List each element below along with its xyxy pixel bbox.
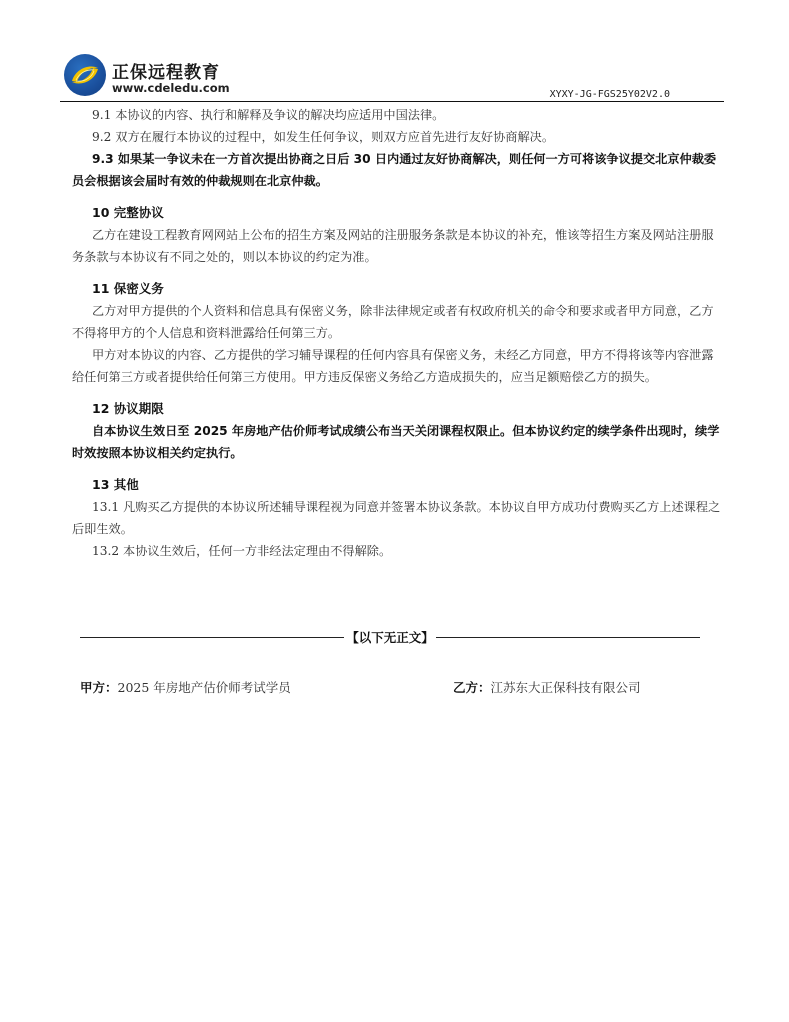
- clause-11-body-2: 甲方对本协议的内容、乙方提供的学习辅导课程的任何内容具有保密义务，未经乙方同意，…: [72, 344, 724, 388]
- clause-13-2: 13.2 本协议生效后，任何一方非经法定理由不得解除。: [72, 540, 724, 562]
- party-b-label: 乙方：: [453, 680, 491, 695]
- clause-13-1: 13.1 凡购买乙方提供的本协议所述辅导课程视为同意并签署本协议条款。本协议自甲…: [72, 496, 724, 540]
- party-b-value: 江苏东大正保科技有限公司: [491, 680, 641, 695]
- section-13-heading: 13 其他: [72, 474, 724, 496]
- end-of-text-marker: 【以下无正文】: [80, 628, 700, 646]
- clause-11-body-1: 乙方对甲方提供的个人资料和信息具有保密义务，除非法律规定或者有权政府机关的命令和…: [72, 300, 724, 344]
- clause-9-1: 9.1 本协议的内容、执行和解释及争议的解决均应适用中国法律。: [72, 104, 724, 126]
- end-marker-right-rule: [436, 637, 700, 638]
- party-b-signature: 乙方：江苏东大正保科技有限公司: [453, 678, 641, 696]
- clause-12-body: 自本协议生效日至 2025 年房地产估价师考试成绩公布当天关闭课程权限止。但本协…: [72, 420, 724, 464]
- cdeledu-logo-icon: [64, 54, 106, 96]
- brand-url: www.cdeledu.com: [112, 81, 230, 95]
- brand-name: 正保远程教育: [112, 58, 220, 83]
- section-12-heading: 12 协议期限: [72, 398, 724, 420]
- clause-9-3: 9.3 如果某一争议未在一方首次提出协商之日后 30 日内通过友好协商解决，则任…: [72, 148, 724, 192]
- section-11-heading: 11 保密义务: [72, 278, 724, 300]
- party-a-label: 甲方：: [80, 680, 118, 695]
- page-header: 正保远程教育 www.cdeledu.com XYXY-JG-FGS25Y02V…: [64, 54, 724, 102]
- party-a-signature: 甲方：2025 年房地产估价师考试学员: [80, 678, 291, 696]
- clause-10-body: 乙方在建设工程教育网网站上公布的招生方案及网站的注册服务条款是本协议的补充，惟该…: [72, 224, 724, 268]
- section-10-heading: 10 完整协议: [72, 202, 724, 224]
- clause-9-2: 9.2 双方在履行本协议的过程中，如发生任何争议，则双方应首先进行友好协商解决。: [72, 126, 724, 148]
- document-body: 9.1 本协议的内容、执行和解释及争议的解决均应适用中国法律。 9.2 双方在履…: [72, 104, 724, 562]
- end-marker-label: 【以下无正文】: [344, 628, 436, 646]
- header-divider: [60, 101, 724, 102]
- document-code: XYXY-JG-FGS25Y02V2.0: [550, 89, 670, 100]
- end-marker-left-rule: [80, 637, 344, 638]
- party-a-value: 2025 年房地产估价师考试学员: [118, 680, 291, 695]
